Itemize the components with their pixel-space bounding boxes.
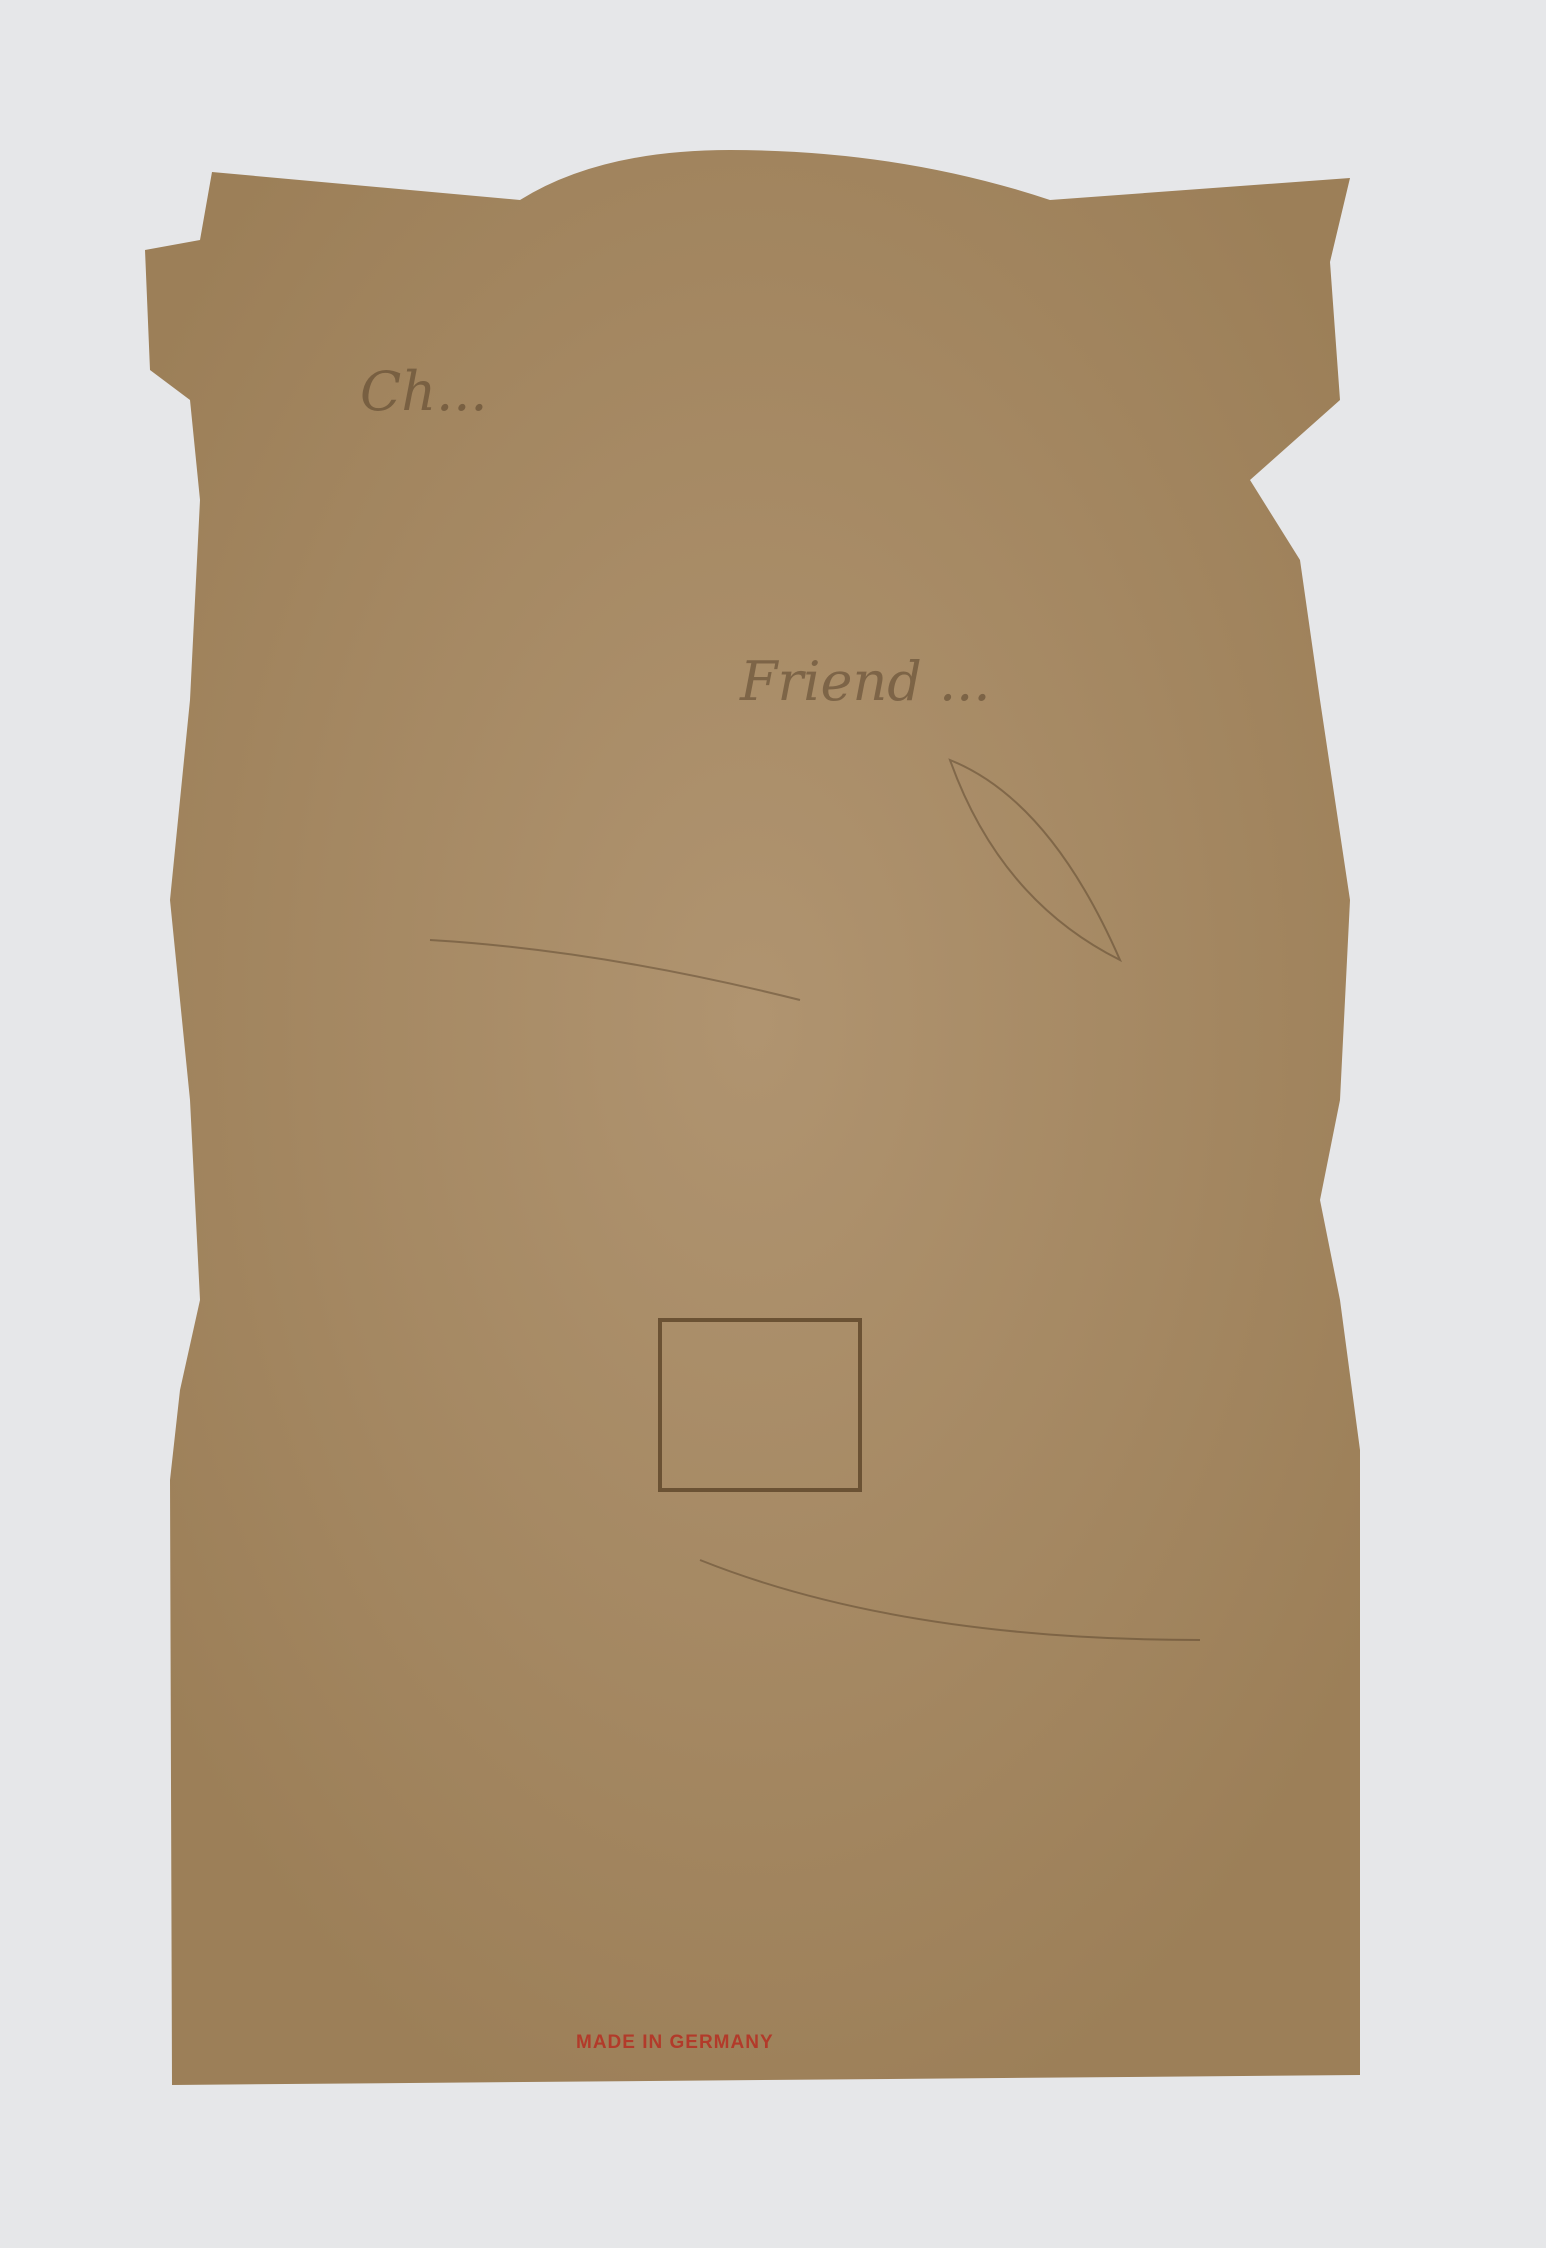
card-shape bbox=[0, 0, 1546, 2248]
handwriting-line: Friend ... bbox=[740, 650, 991, 713]
photo-card: Ch... Friend ... MADE IN GERMANY bbox=[0, 0, 1546, 2248]
made-in-germany-stamp: MADE IN GERMANY bbox=[576, 2032, 774, 2054]
handwriting-line: Ch... bbox=[360, 360, 488, 423]
